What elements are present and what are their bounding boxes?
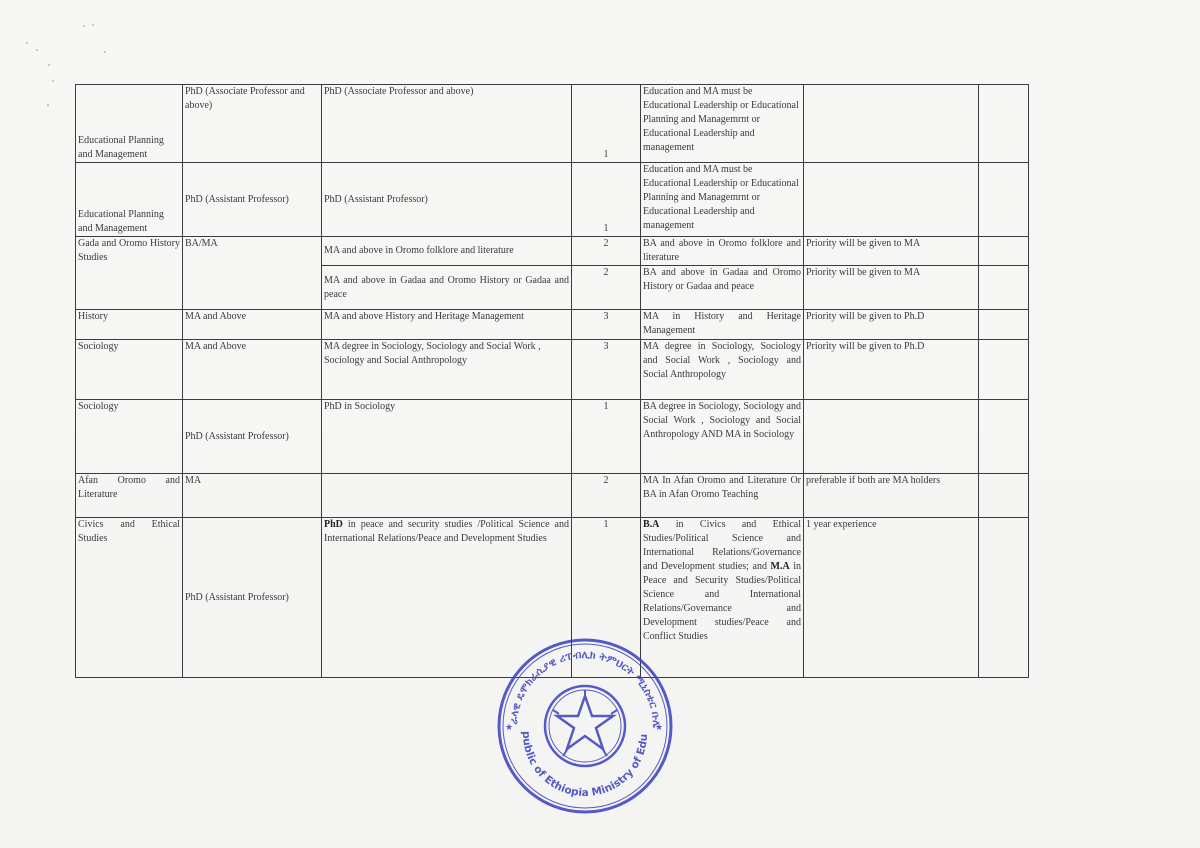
scan-speck: [52, 80, 54, 82]
scan-speck: [48, 64, 50, 66]
quantity-cell: 3: [572, 340, 641, 400]
extra-cell: [979, 237, 1029, 266]
scan-speck: [83, 25, 85, 27]
note-cell: [804, 85, 979, 163]
note-cell: [804, 163, 979, 237]
requirements-table: Educational Planning and Management PhD …: [75, 84, 1029, 678]
qualification-cell: [322, 474, 572, 518]
requirement-cell: MA In Afan Oromo and Literature Or BA in…: [641, 474, 804, 518]
requirement-bold-ma: M.A: [771, 561, 790, 572]
level-cell: MA and Above: [183, 340, 322, 400]
quantity-cell: 2: [572, 474, 641, 518]
level-cell: PhD (Assistant Professor): [183, 518, 322, 678]
department-cell: Educational Planning and Management: [76, 163, 183, 237]
level-cell: MA: [183, 474, 322, 518]
extra-cell: [979, 474, 1029, 518]
svg-text:★: ★: [505, 723, 513, 733]
department-text: Afan Oromo and Literature: [78, 475, 180, 500]
requirement-cell: Education and MA must be Educational Lea…: [641, 85, 804, 163]
level-cell: PhD (Assistant Professor): [183, 163, 322, 237]
table-row: Gada and Oromo History Studies BA/MA MA …: [76, 237, 1029, 266]
table-row: Afan Oromo and Literature MA 2 MA In Afa…: [76, 474, 1029, 518]
qualification-cell: PhD (Assistant Professor): [322, 163, 572, 237]
extra-cell: [979, 310, 1029, 340]
extra-cell: [979, 85, 1029, 163]
scan-speck: [26, 42, 28, 44]
qualification-cell: PhD (Associate Professor and above): [322, 85, 572, 163]
scan-speck: [47, 104, 49, 106]
requirement-bold-ba: B.A: [643, 519, 659, 530]
quantity-cell: 1: [572, 163, 641, 237]
table-row: Educational Planning and Management PhD …: [76, 163, 1029, 237]
scan-speck: [92, 24, 94, 26]
extra-cell: [979, 518, 1029, 678]
extra-cell: [979, 340, 1029, 400]
quantity-cell: 2: [572, 237, 641, 266]
university-stamp-icon: በኢትዮጵያ ፌዴራላዊ ዴሞክራሲያዊ ሪፐብሊክ ትምህርት ሚኒስቴር ቡ…: [495, 634, 675, 814]
level-cell: BA/MA: [183, 237, 322, 310]
scanned-page: Educational Planning and Management PhD …: [0, 0, 1200, 848]
qualification-bold: PhD: [324, 519, 343, 530]
table-row: Sociology MA and Above MA degree in Soci…: [76, 340, 1029, 400]
scan-speck: [104, 51, 106, 53]
department-cell: Gada and Oromo History Studies: [76, 237, 183, 310]
requirement-cell: MA degree in Sociology, Sociology and So…: [641, 340, 804, 400]
quantity-cell: 2: [572, 266, 641, 310]
level-cell: PhD (Associate Professor and above): [183, 85, 322, 163]
quantity-cell: 1: [572, 85, 641, 163]
department-cell: History: [76, 310, 183, 340]
level-cell: MA and Above: [183, 310, 322, 340]
qualification-cell: MA degree in Sociology, Sociology and So…: [322, 340, 572, 400]
table-row: History MA and Above MA and above Histor…: [76, 310, 1029, 340]
svg-text:★: ★: [655, 723, 663, 733]
quantity-cell: 3: [572, 310, 641, 340]
department-text: Civics and Ethical Studies: [78, 519, 180, 544]
extra-cell: [979, 400, 1029, 474]
qualification-cell: MA and above in Oromo folklore and liter…: [322, 237, 572, 266]
department-cell: Sociology: [76, 400, 183, 474]
qualification-text: in peace and security studies /Political…: [324, 519, 569, 544]
note-cell: Priority will be given to MA: [804, 237, 979, 266]
requirement-cell: MA in History and Heritage Management: [641, 310, 804, 340]
scan-speck: [36, 49, 38, 51]
requirement-text-2: in Peace and Security Studies/Political …: [643, 561, 801, 642]
table-row: Educational Planning and Management PhD …: [76, 85, 1029, 163]
note-cell: Priority will be given to Ph.D: [804, 340, 979, 400]
note-cell: preferable if both are MA holders: [804, 474, 979, 518]
level-cell: PhD (Assistant Professor): [183, 400, 322, 474]
department-cell: Sociology: [76, 340, 183, 400]
requirement-cell: BA and above in Oromo folklore and liter…: [641, 237, 804, 266]
requirement-cell: Education and MA must be Educational Lea…: [641, 163, 804, 237]
department-text: Gada and Oromo History Studies: [78, 238, 180, 263]
quantity-cell: 1: [572, 400, 641, 474]
qualification-cell: PhD in Sociology: [322, 400, 572, 474]
department-cell: Civics and Ethical Studies: [76, 518, 183, 678]
table-row: Sociology PhD (Assistant Professor) PhD …: [76, 400, 1029, 474]
department-cell: Educational Planning and Management: [76, 85, 183, 163]
note-cell: [804, 400, 979, 474]
qualification-cell: MA and above History and Heritage Manage…: [322, 310, 572, 340]
department-cell: Afan Oromo and Literature: [76, 474, 183, 518]
qualification-cell: MA and above in Gadaa and Oromo History …: [322, 266, 572, 310]
requirement-cell: BA degree in Sociology, Sociology and So…: [641, 400, 804, 474]
note-cell: Priority will be given to Ph.D: [804, 310, 979, 340]
note-cell: Priority will be given to MA: [804, 266, 979, 310]
requirement-cell: BA and above in Gadaa and Oromo History …: [641, 266, 804, 310]
note-cell: 1 year experience: [804, 518, 979, 678]
extra-cell: [979, 266, 1029, 310]
extra-cell: [979, 163, 1029, 237]
